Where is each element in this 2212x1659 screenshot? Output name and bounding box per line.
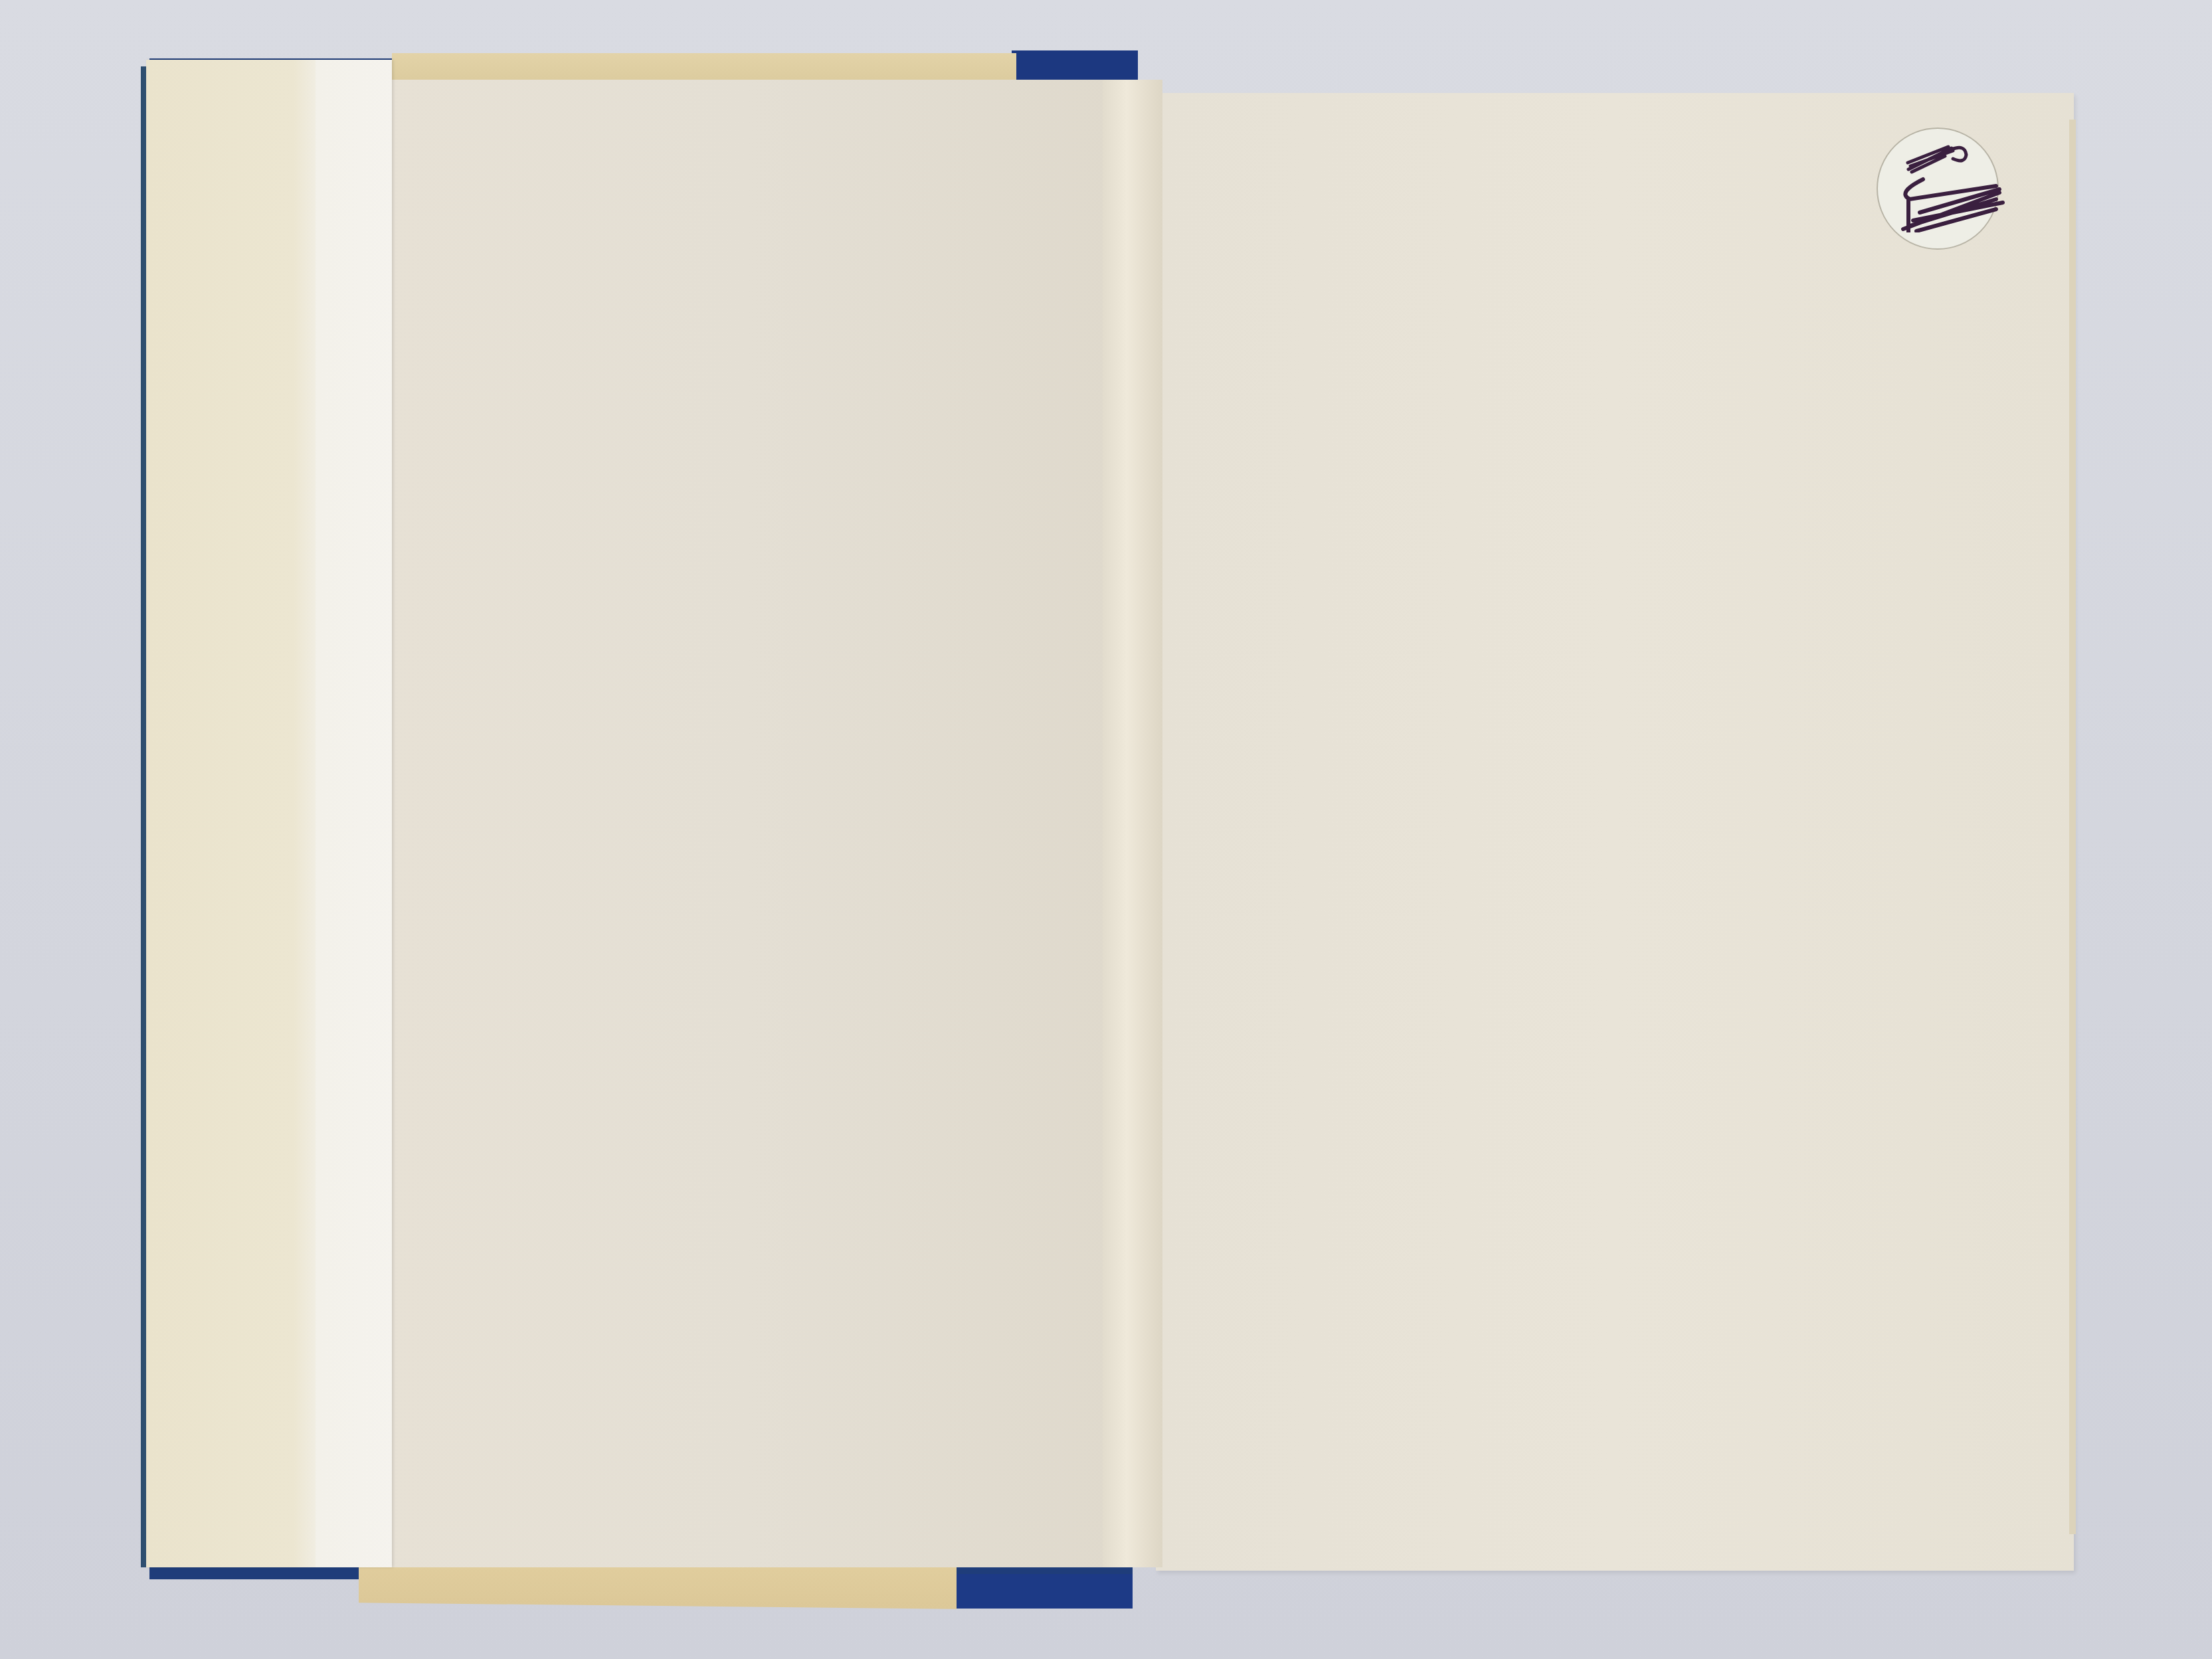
right-endpaper [1156, 93, 2074, 1571]
scribble-mark-bottom [1896, 173, 2006, 232]
cover-cloth-top-corner [1012, 50, 1138, 81]
page-block-edge [2069, 120, 2076, 1534]
scribble-mark-top [1905, 143, 1972, 176]
cover-cloth-bottom-corner [950, 1574, 1133, 1609]
book-gutter [1103, 80, 1162, 1567]
left-endpaper [362, 80, 1133, 1567]
flap-tape-strip [316, 60, 392, 1567]
